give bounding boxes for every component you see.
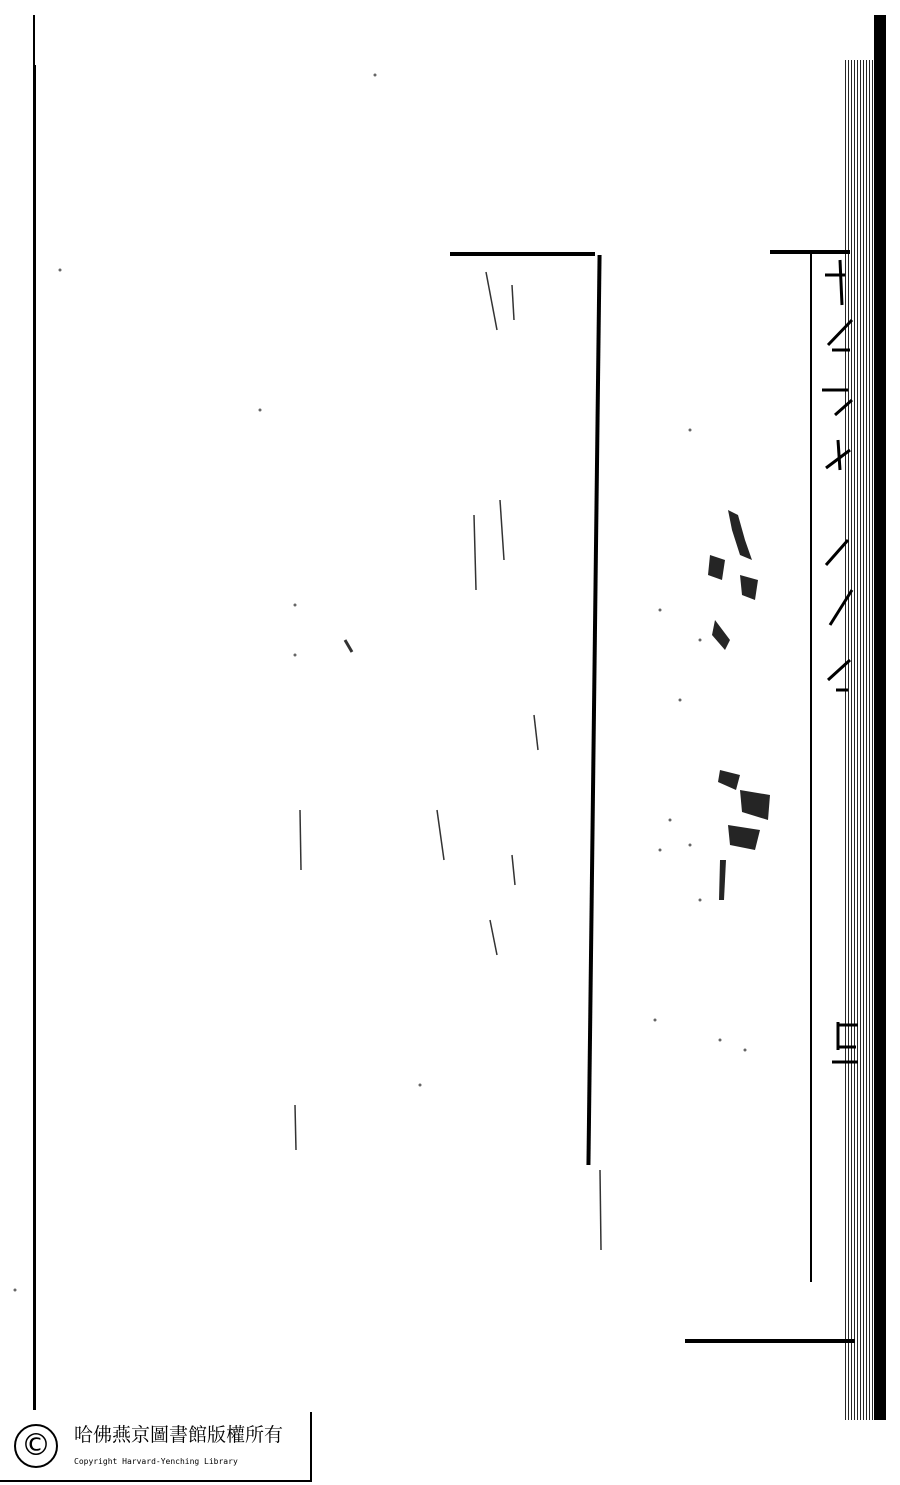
outer-frame-vertical-rule	[810, 252, 812, 1282]
scanned-page: © 哈佛燕京圖書館版權所有 Copyright Harvard-Yenching…	[0, 0, 900, 1485]
outer-frame-bottom-rule	[685, 1339, 855, 1343]
left-margin-rule-thick	[33, 65, 36, 1410]
copyright-text-english: Copyright Harvard-Yenching Library	[74, 1457, 238, 1466]
copyright-symbol-icon: ©	[14, 1424, 58, 1468]
left-margin-rule	[33, 15, 35, 65]
inner-frame-right-rule	[586, 255, 601, 1165]
page-right-edge	[874, 15, 886, 1420]
copyright-text-chinese: 哈佛燕京圖書館版權所有	[74, 1420, 283, 1447]
inner-frame-top-rule	[450, 252, 595, 256]
binding-edge-shadow	[845, 60, 875, 1420]
bleed-through-strokes	[0, 0, 900, 1485]
